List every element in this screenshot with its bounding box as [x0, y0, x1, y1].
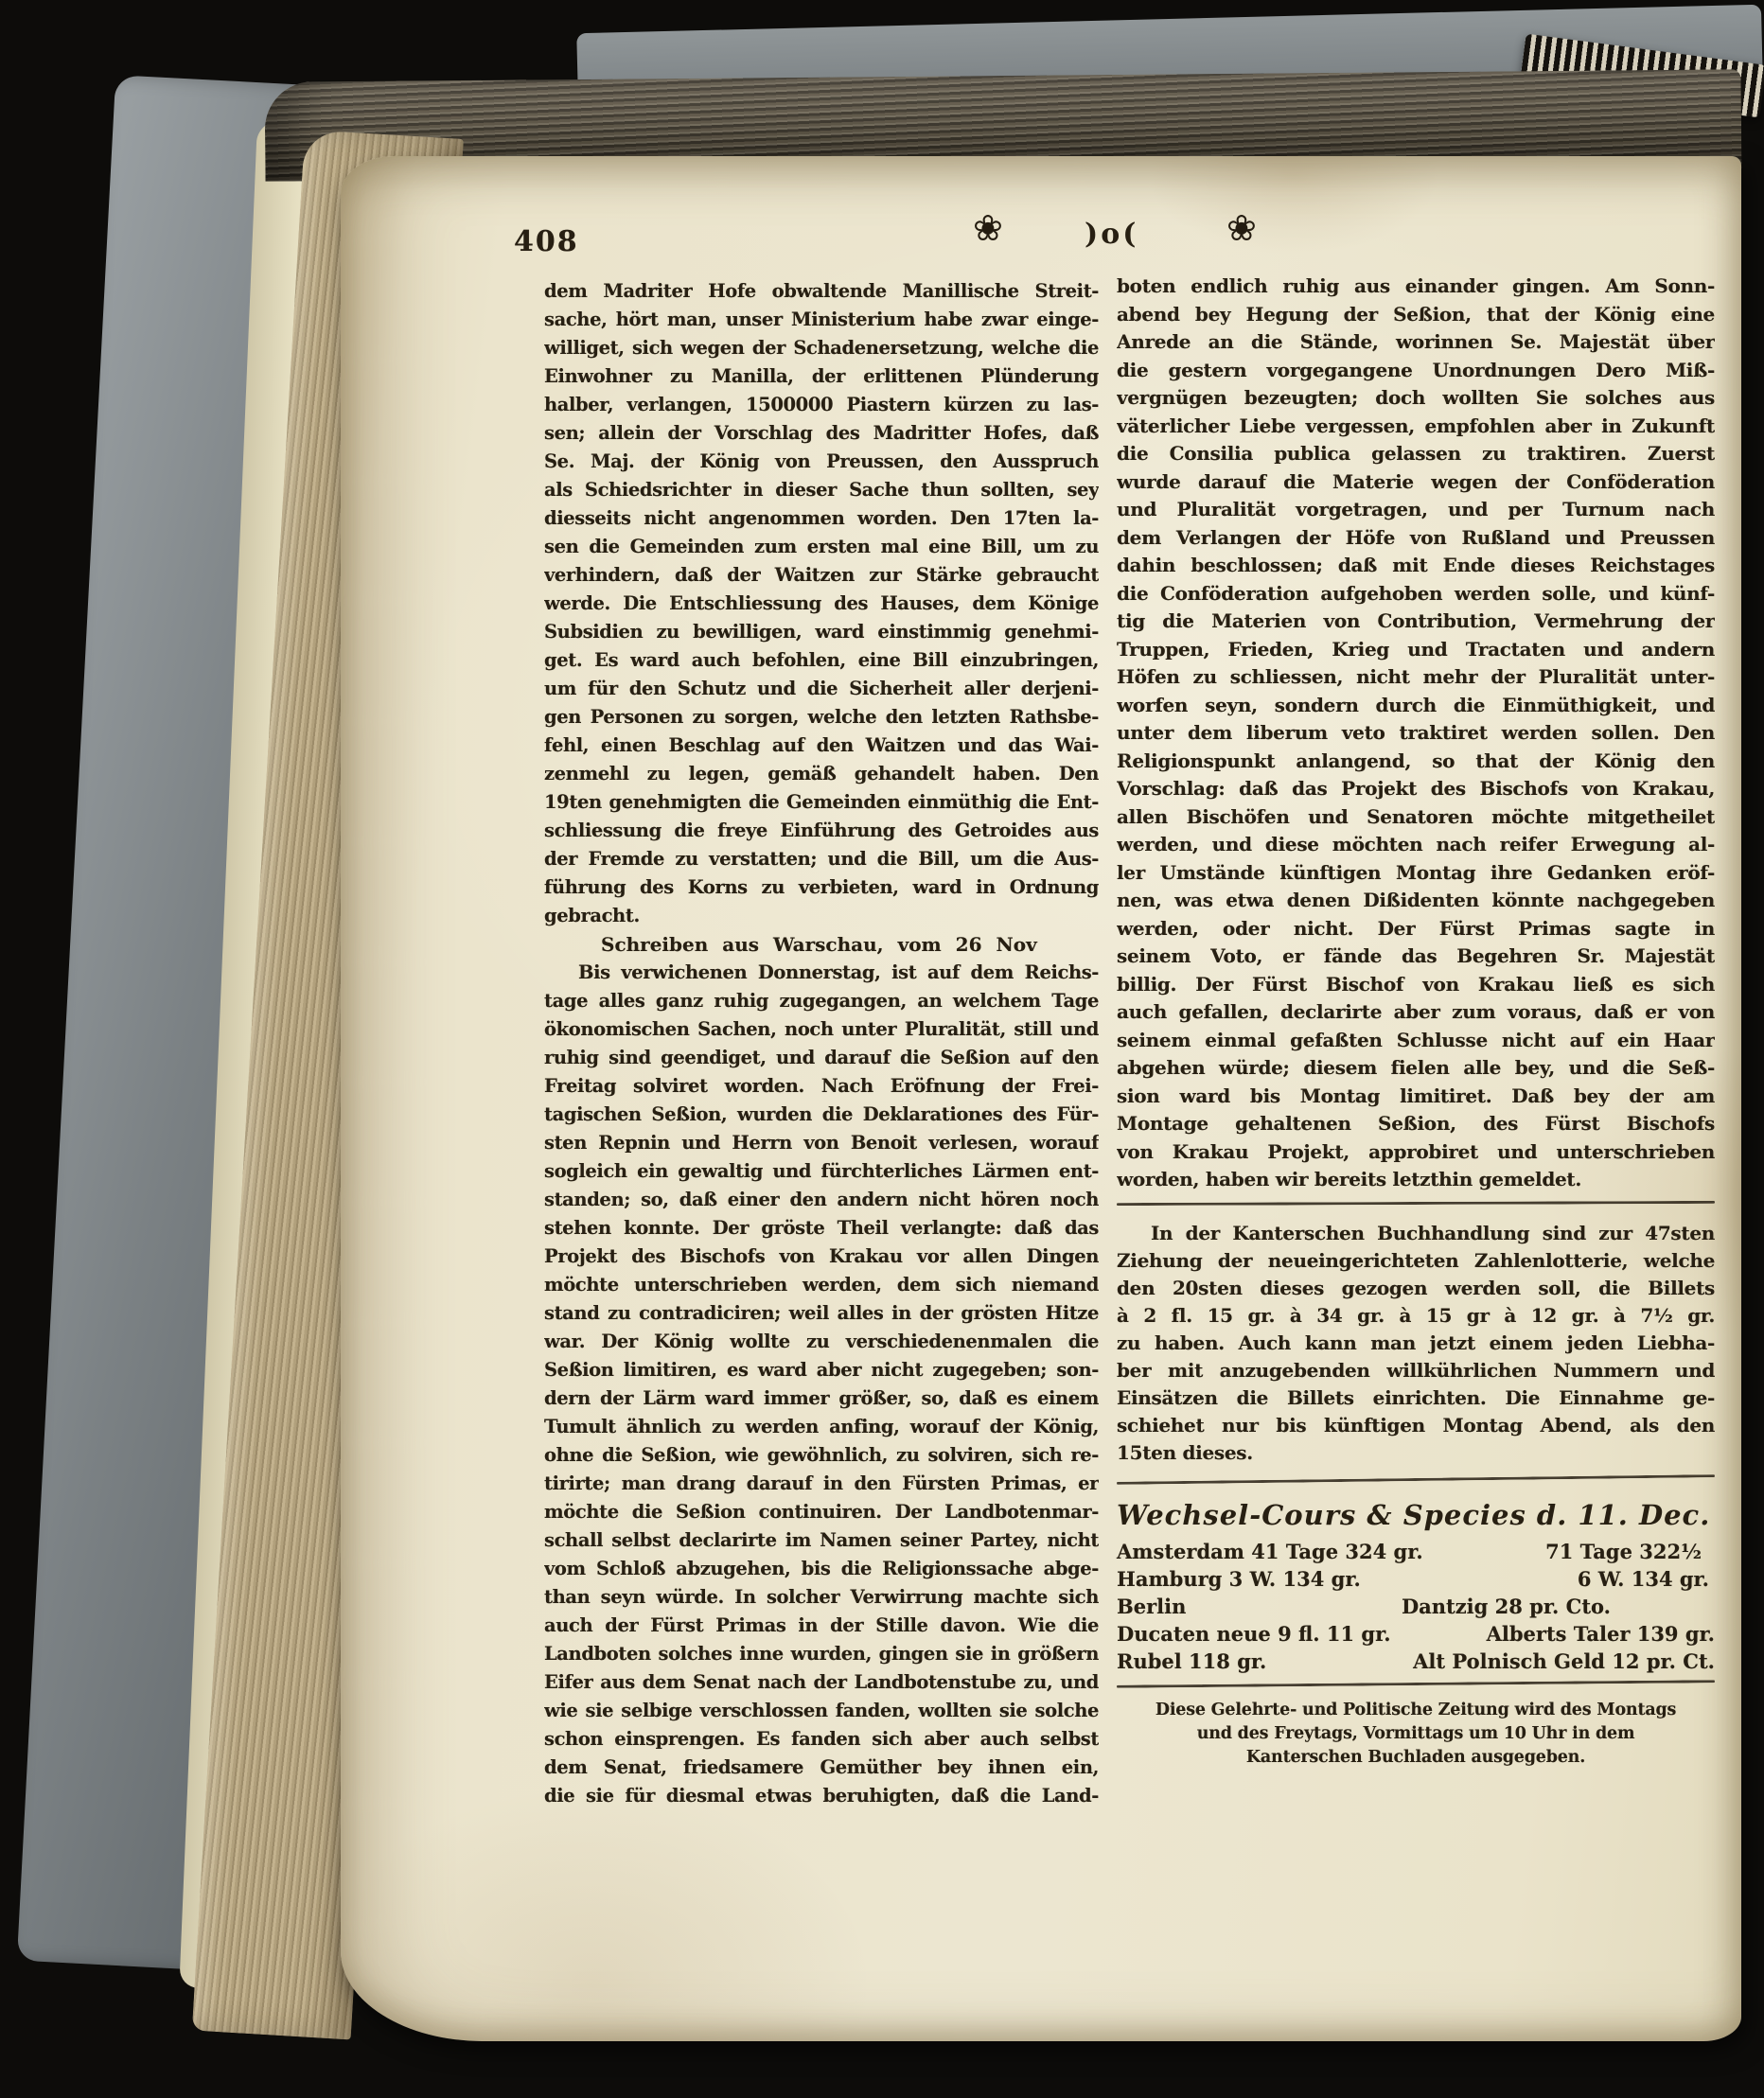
paragraph-lottery-notice: In der Kanterschen Buchhandlung sind zur…	[1117, 1220, 1715, 1467]
text-line: stand zu contradiciren; weil alles in de…	[544, 1299, 1099, 1328]
text-line: schall selbst declarirte im Namen seiner…	[544, 1526, 1099, 1555]
text-line: ökonomischen Sachen, noch unter Pluralit…	[544, 1015, 1099, 1044]
text-line: verhindern, daß der Waitzen zur Stärke g…	[544, 561, 1099, 590]
text-line: seinem Voto, er fände das Begehren Sr. M…	[1117, 943, 1715, 971]
table-row: Amsterdam 41 Tage 324 gr. 71 Tage 322½	[1117, 1538, 1715, 1565]
text-line: Montage gehaltenen Seßion, des Fürst Bis…	[1117, 1110, 1715, 1138]
exchange-cell: 71 Tage 322½	[1545, 1538, 1702, 1565]
horizontal-rule	[1117, 1680, 1715, 1688]
text-line: Projekt des Bischofs von Krakau vor alle…	[544, 1243, 1099, 1271]
exchange-cell: Amsterdam 41 Tage 324 gr.	[1117, 1538, 1423, 1565]
text-line: dem Senat, friedsamere Gemüther bey ihne…	[544, 1754, 1099, 1782]
table-row: Ducaten neue 9 fl. 11 gr. Alberts Taler …	[1117, 1620, 1715, 1648]
text-line: halber, verlangen, 1500000 Piastern kürz…	[544, 391, 1099, 419]
text-line: wurde darauf die Materie wegen der Confö…	[1117, 468, 1715, 497]
text-line: sen die Gemeinden zum ersten mal eine Bi…	[544, 533, 1099, 561]
text-line: stehen konnte. Der gröste Theil verlangt…	[544, 1214, 1099, 1243]
text-line: à 2 fl. 15 gr. à 34 gr. à 15 gr à 12 gr.…	[1117, 1302, 1715, 1330]
paragraph-warschau-report: Bis verwichenen Donnerstag, ist auf dem …	[544, 959, 1099, 1810]
text-line: 19ten genehmigten die Gemeinden einmüthi…	[544, 788, 1099, 817]
text-line: Religionspunkt anlangend, so that der Kö…	[1117, 748, 1715, 776]
text-line: vom Schloß abzugehen, bis die Religionss…	[544, 1555, 1099, 1583]
page-number: 408	[514, 225, 579, 258]
text-line: nen, was etwa denen Dißidenten könnte na…	[1117, 887, 1715, 915]
text-line: wie sie selbige verschlossen fanden, wol…	[544, 1697, 1099, 1725]
text-line: Freitag solviret worden. Nach Eröfnung d…	[544, 1072, 1099, 1101]
text-line: diesseits nicht angenommen worden. Den 1…	[544, 504, 1099, 533]
text-line: vergnügen bezeugten; doch wollten Sie so…	[1117, 384, 1715, 413]
text-line: möchte die Seßion continuiren. Der Landb…	[544, 1498, 1099, 1526]
text-line: ler Umstände künftigen Montag ihre Gedan…	[1117, 859, 1715, 888]
text-line: Seßion limitiren, es ward aber nicht zug…	[544, 1356, 1099, 1384]
text-line: von Krakau Projekt, approbiret und unter…	[1117, 1138, 1715, 1167]
text-line: Landboten solches inne wurden, gingen si…	[544, 1640, 1099, 1668]
text-line: ohne die Seßion, wie gewöhnlich, zu solv…	[544, 1441, 1099, 1470]
text-line: schon einsprengen. Es fanden sich aber a…	[544, 1725, 1099, 1754]
text-line: Se. Maj. der König von Preussen, den Aus…	[544, 448, 1099, 476]
text-line: sogleich ein gewaltig und fürchterliches…	[544, 1157, 1099, 1186]
text-line: standen; so, daß einer den andern nicht …	[544, 1186, 1099, 1214]
text-line: der Fremde zu verstatten; und die Bill, …	[544, 845, 1099, 873]
text-line: Vorschlag: daß das Projekt des Bischofs …	[1117, 775, 1715, 803]
signature-mark: )o(	[1085, 218, 1138, 251]
text-line: boten endlich ruhig aus einander gingen.…	[1117, 273, 1715, 301]
shell-ornament-icon: ❀	[973, 210, 1003, 246]
text-line: schliessung die freye Einführung des Get…	[544, 817, 1099, 845]
exchange-cell: Ducaten neue 9 fl. 11 gr.	[1117, 1620, 1391, 1648]
text-line: Tumult ähnlich zu werden anfing, worauf …	[544, 1413, 1099, 1441]
text-line: und Pluralität vorgetragen, und per Turn…	[1117, 496, 1715, 524]
text-line: tage alles ganz ruhig zugegangen, an wel…	[544, 987, 1099, 1015]
text-line: Bis verwichenen Donnerstag, ist auf dem …	[544, 959, 1099, 987]
text-line: die Consilia publica gelassen zu traktir…	[1117, 440, 1715, 468]
text-line: zenmehl zu legen, gemäß gehandelt haben.…	[544, 760, 1099, 788]
text-line: than seyn würde. In solcher Verwirrung m…	[544, 1583, 1099, 1612]
text-line: Kanterschen Buchladen ausgegeben.	[1145, 1746, 1686, 1770]
text-line: 15ten dieses.	[1117, 1439, 1715, 1467]
exchange-cell: 6 W. 134 gr.	[1578, 1565, 1709, 1593]
text-line: get. Es ward auch befohlen, eine Bill ei…	[544, 646, 1099, 675]
text-line: Einsätzen die Billets einrichten. Die Ei…	[1117, 1384, 1715, 1412]
text-line: den 20sten dieses gezogen werden soll, d…	[1117, 1275, 1715, 1302]
publication-notice: Diese Gelehrte- und Politische Zeitung w…	[1117, 1699, 1715, 1770]
text-line: worden, haben wir bereits letzthin gemel…	[1117, 1166, 1715, 1194]
text-line: und des Freytags, Vormittags um 10 Uhr i…	[1145, 1722, 1686, 1746]
horizontal-rule	[1117, 1200, 1715, 1205]
text-line: sten Repnin und Herrn von Benoit verlese…	[544, 1129, 1099, 1157]
text-line: gebracht.	[544, 902, 1099, 930]
text-line: gen Personen zu sorgen, welche den letzt…	[544, 703, 1099, 732]
text-line: die sie für diesmal etwas beruhigten, da…	[544, 1782, 1099, 1810]
text-line: billig. Der Fürst Bischof von Krakau lie…	[1117, 971, 1715, 999]
text-line: sache, hört man, unser Ministerium habe …	[544, 306, 1099, 334]
exchange-rates-table: Amsterdam 41 Tage 324 gr. 71 Tage 322½ H…	[1117, 1538, 1715, 1675]
horizontal-rule	[1117, 1474, 1715, 1485]
exchange-cell: Alt Polnisch Geld 12 pr. Ct.	[1413, 1648, 1715, 1675]
text-line: möchte unterschrieben werden, dem sich n…	[544, 1271, 1099, 1299]
text-line: tig die Materien von Contribution, Verme…	[1117, 608, 1715, 636]
text-line: abend bey Hegung der Seßion, that der Kö…	[1117, 301, 1715, 329]
text-line: war. Der König wollte zu verschiedenenma…	[544, 1328, 1099, 1356]
text-line: väterlicher Liebe vergessen, empfohlen a…	[1117, 413, 1715, 441]
text-line: allen Bischöfen und Senatoren möchte mit…	[1117, 803, 1715, 832]
text-line: werden, oder nicht. Der Fürst Primas sag…	[1117, 915, 1715, 943]
exchange-rates-heading: Wechsel-Cours & Species d. 11. Dec. 1766…	[1117, 1494, 1715, 1536]
paragraph-madrid-news: dem Madriter Hofe obwaltende Manillische…	[544, 277, 1099, 930]
shell-ornament-icon: ❀	[1226, 210, 1257, 246]
exchange-cell: Berlin	[1117, 1593, 1186, 1620]
text-line: zu haben. Auch kann man jetzt einem jede…	[1117, 1330, 1715, 1357]
text-line: Eifer aus dem Senat nach der Landbotenst…	[544, 1668, 1099, 1697]
text-line: unter dem liberum veto traktiret werden …	[1117, 719, 1715, 748]
text-line: sen; allein der Vorschlag des Madritter …	[544, 419, 1099, 448]
exchange-cell: Hamburg 3 W. 134 gr.	[1117, 1565, 1361, 1593]
text-line: ber mit anzugebenden willkührlichen Numm…	[1117, 1357, 1715, 1384]
exchange-cell: Rubel 118 gr.	[1117, 1648, 1266, 1675]
exchange-cell: Dantzig 28 pr. Cto.	[1402, 1593, 1611, 1620]
text-line: abgehen würde; diesem fielen alle bey, u…	[1117, 1054, 1715, 1083]
exchange-cell: Alberts Taler 139 gr.	[1487, 1620, 1715, 1648]
text-line: fehl, einen Beschlag auf den Waitzen und…	[544, 732, 1099, 760]
text-line: dem Verlangen der Höfe von Rußland und P…	[1117, 524, 1715, 553]
scanned-book-photo: 408 ❀ )o( ❀ dem Madriter Hofe obwaltende…	[0, 0, 1764, 2098]
table-row: Berlin Dantzig 28 pr. Cto.	[1117, 1593, 1715, 1620]
text-line: Höfen zu schliessen, nicht mehr der Plur…	[1117, 663, 1715, 692]
text-line: Anrede an die Stände, worinnen Se. Majes…	[1117, 328, 1715, 357]
text-line: führung des Korns zu verbieten, ward in …	[544, 873, 1099, 902]
table-row: Hamburg 3 W. 134 gr. 6 W. 134 gr.	[1117, 1565, 1715, 1593]
text-line: Diese Gelehrte- und Politische Zeitung w…	[1145, 1699, 1686, 1722]
text-line: schiehet nur bis künftigen Montag Abend,…	[1117, 1412, 1715, 1439]
text-line: Einwohner zu Manilla, der erlittenen Plü…	[544, 362, 1099, 391]
text-line: seinem einmal gefaßten Schlusse nicht au…	[1117, 1027, 1715, 1055]
text-line: dem Madriter Hofe obwaltende Manillische…	[544, 277, 1099, 306]
text-line: als Schiedsrichter in dieser Sache thun …	[544, 476, 1099, 504]
paragraph-warschau-continued: boten endlich ruhig aus einander gingen.…	[1117, 273, 1715, 1194]
text-line: Ziehung der neueingerichteten Zahlenlott…	[1117, 1247, 1715, 1275]
table-row: Rubel 118 gr. Alt Polnisch Geld 12 pr. C…	[1117, 1648, 1715, 1675]
text-line: werden, und diese möchten nach reifer Er…	[1117, 831, 1715, 859]
text-line: die Conföderation aufgehoben werden soll…	[1117, 580, 1715, 608]
text-line: ruhig sind geendiget, und darauf die Seß…	[544, 1044, 1099, 1072]
text-line: williget, sich wegen der Schadenersetzun…	[544, 334, 1099, 362]
text-line: dern der Lärm ward immer größer, so, daß…	[544, 1384, 1099, 1413]
text-line: um für den Schutz und die Sicherheit all…	[544, 675, 1099, 703]
text-line: werde. Die Entschliessung des Hauses, de…	[544, 590, 1099, 618]
right-column: boten endlich ruhig aus einander gingen.…	[1117, 273, 1715, 1770]
text-line: auch der Fürst Primas in der Stille davo…	[544, 1612, 1099, 1640]
section-heading-warschau: Schreiben aus Warschau, vom 26 Nov	[544, 930, 1099, 959]
left-column: dem Madriter Hofe obwaltende Manillische…	[544, 277, 1099, 1810]
text-line: auch gefallen, declarirte aber zum vorau…	[1117, 998, 1715, 1027]
text-line: sion ward bis Montag limitiret. Daß bey …	[1117, 1083, 1715, 1111]
text-line: worfen seyn, sondern durch die Einmüthig…	[1117, 692, 1715, 720]
text-line: Truppen, Frieden, Krieg und Tractaten un…	[1117, 636, 1715, 664]
text-line: In der Kanterschen Buchhandlung sind zur…	[1117, 1220, 1715, 1247]
text-line: tagischen Seßion, wurden die Deklaration…	[544, 1101, 1099, 1129]
text-line: tirirte; man drang darauf in den Fürsten…	[544, 1470, 1099, 1498]
text-line: Subsidien zu bewilligen, ward einstimmig…	[544, 618, 1099, 646]
text-line: dahin beschlossen; daß mit Ende dieses R…	[1117, 552, 1715, 580]
text-line: die gestern vorgegangene Unordnungen Der…	[1117, 357, 1715, 385]
